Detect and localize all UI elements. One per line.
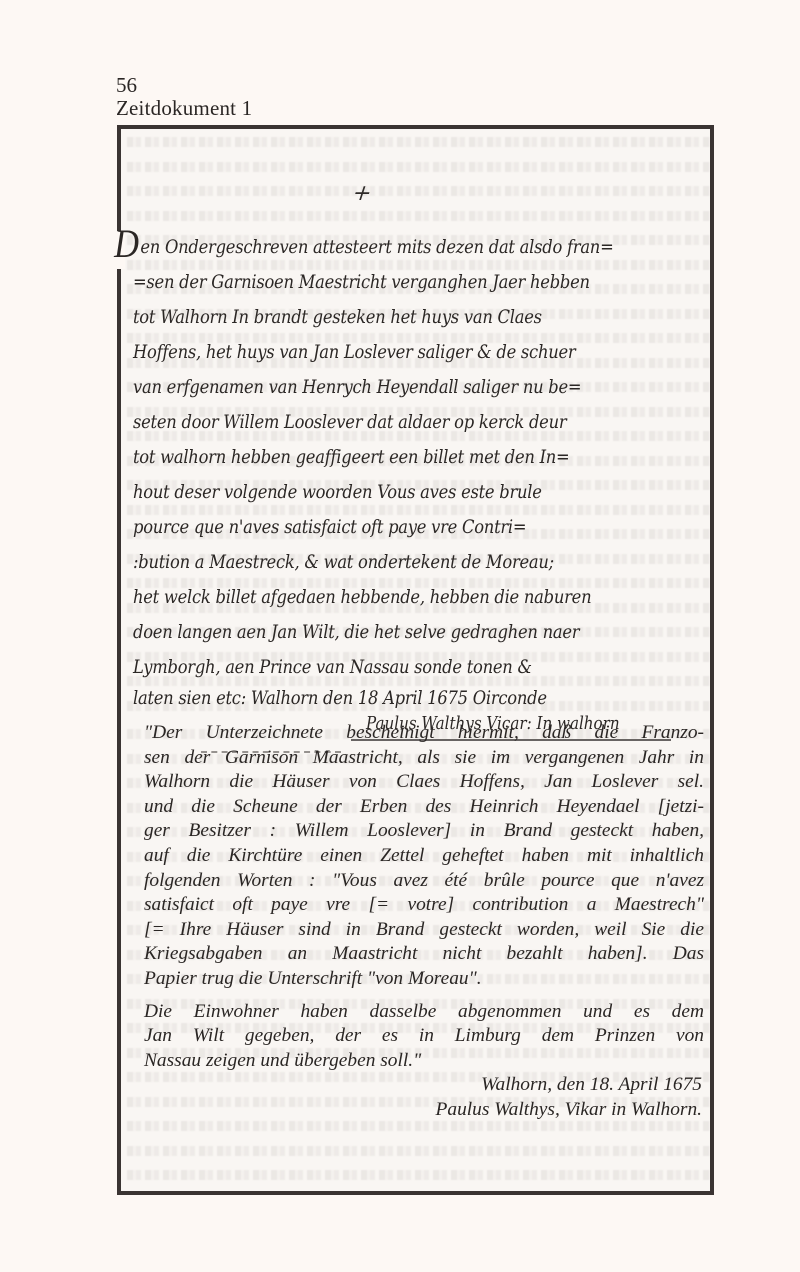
manuscript-line: hout deser volgende woorden Vous aves es… [133,477,622,507]
german-translation: "Der Unterzeichnete bescheinigt hiermit,… [144,721,704,1123]
manuscript-line: Hoffens, het huys van Jan Loslever salig… [133,337,622,367]
page-number: 56 [116,74,252,96]
translation-line: Nassau zeigen und übergeben soll." [144,1049,704,1074]
manuscript-line: Den Ondergeschreven attesteert mits deze… [133,229,622,259]
page-header: 56 Zeitdokument 1 [116,74,252,120]
place-date: Walhorn, den 18. April 1675 [144,1073,704,1098]
manuscript-line: tot walhorn hebben geaffigeert een bille… [133,442,622,472]
manuscript-line: Lymborgh, aen Prince van Nassau sonde to… [133,652,622,682]
translation-line: [= Ihre Häuser sind in Brand gesteckt wo… [144,918,704,943]
manuscript-line: tot Walhorn In brandt gesteken het huys … [133,302,622,332]
section-title: Zeitdokument 1 [116,96,252,120]
manuscript-line: =sen der Garnisoen Maestricht verganghen… [133,267,622,297]
manuscript-line: laten sien etc: Walhorn den 18 April 167… [133,683,622,713]
translation-line: "Der Unterzeichnete bescheinigt hiermit,… [144,721,704,746]
manuscript-line: seten door Willem Looslever dat aldaer o… [133,407,622,437]
manuscript-initial: D [114,221,139,266]
paragraph-gap [144,992,704,1000]
translation-line: und die Scheune der Erben des Heinrich H… [144,795,704,820]
manuscript-line: het welck billet afgedaen hebbende, hebb… [133,582,622,612]
translation-line: satisfaict oft paye vre [= votre] contri… [144,893,704,918]
cross-mark: + [349,181,376,206]
translation-line: Papier trug die Unterschrift "von Moreau… [144,967,704,992]
document-frame: + Den Ondergeschreven attesteert mits de… [117,125,714,1195]
translation-line: sen der Garnison Maastricht, als sie im … [144,746,704,771]
manuscript-line: doen langen aen Jan Wilt, die het selve … [133,617,622,647]
translation-line: ger Besitzer : Willem Looslever] in Bran… [144,819,704,844]
translation-line: Jan Wilt gegeben, der es in Limburg dem … [144,1024,704,1049]
translation-line: Walhorn die Häuser von Claes Hoffens, Ja… [144,770,704,795]
signatory: Paulus Walthys, Vikar in Walhorn. [144,1098,704,1123]
translation-line: Die Einwohner haben dasselbe abgenommen … [144,1000,704,1025]
translation-line: Kriegsabgaben an Maastricht nicht bezahl… [144,942,704,967]
manuscript-line: van erfgenamen van Henrych Heyendall sal… [133,372,622,402]
translation-line: folgenden Worten : "Vous avez été brûle … [144,869,704,894]
manuscript-line: pource que n'aves satisfaict oft paye vr… [133,512,622,542]
translation-line: auf die Kirchtüre einen Zettel geheftet … [144,844,704,869]
manuscript-line: :bution a Maestreck, & wat ondertekent d… [133,547,622,577]
